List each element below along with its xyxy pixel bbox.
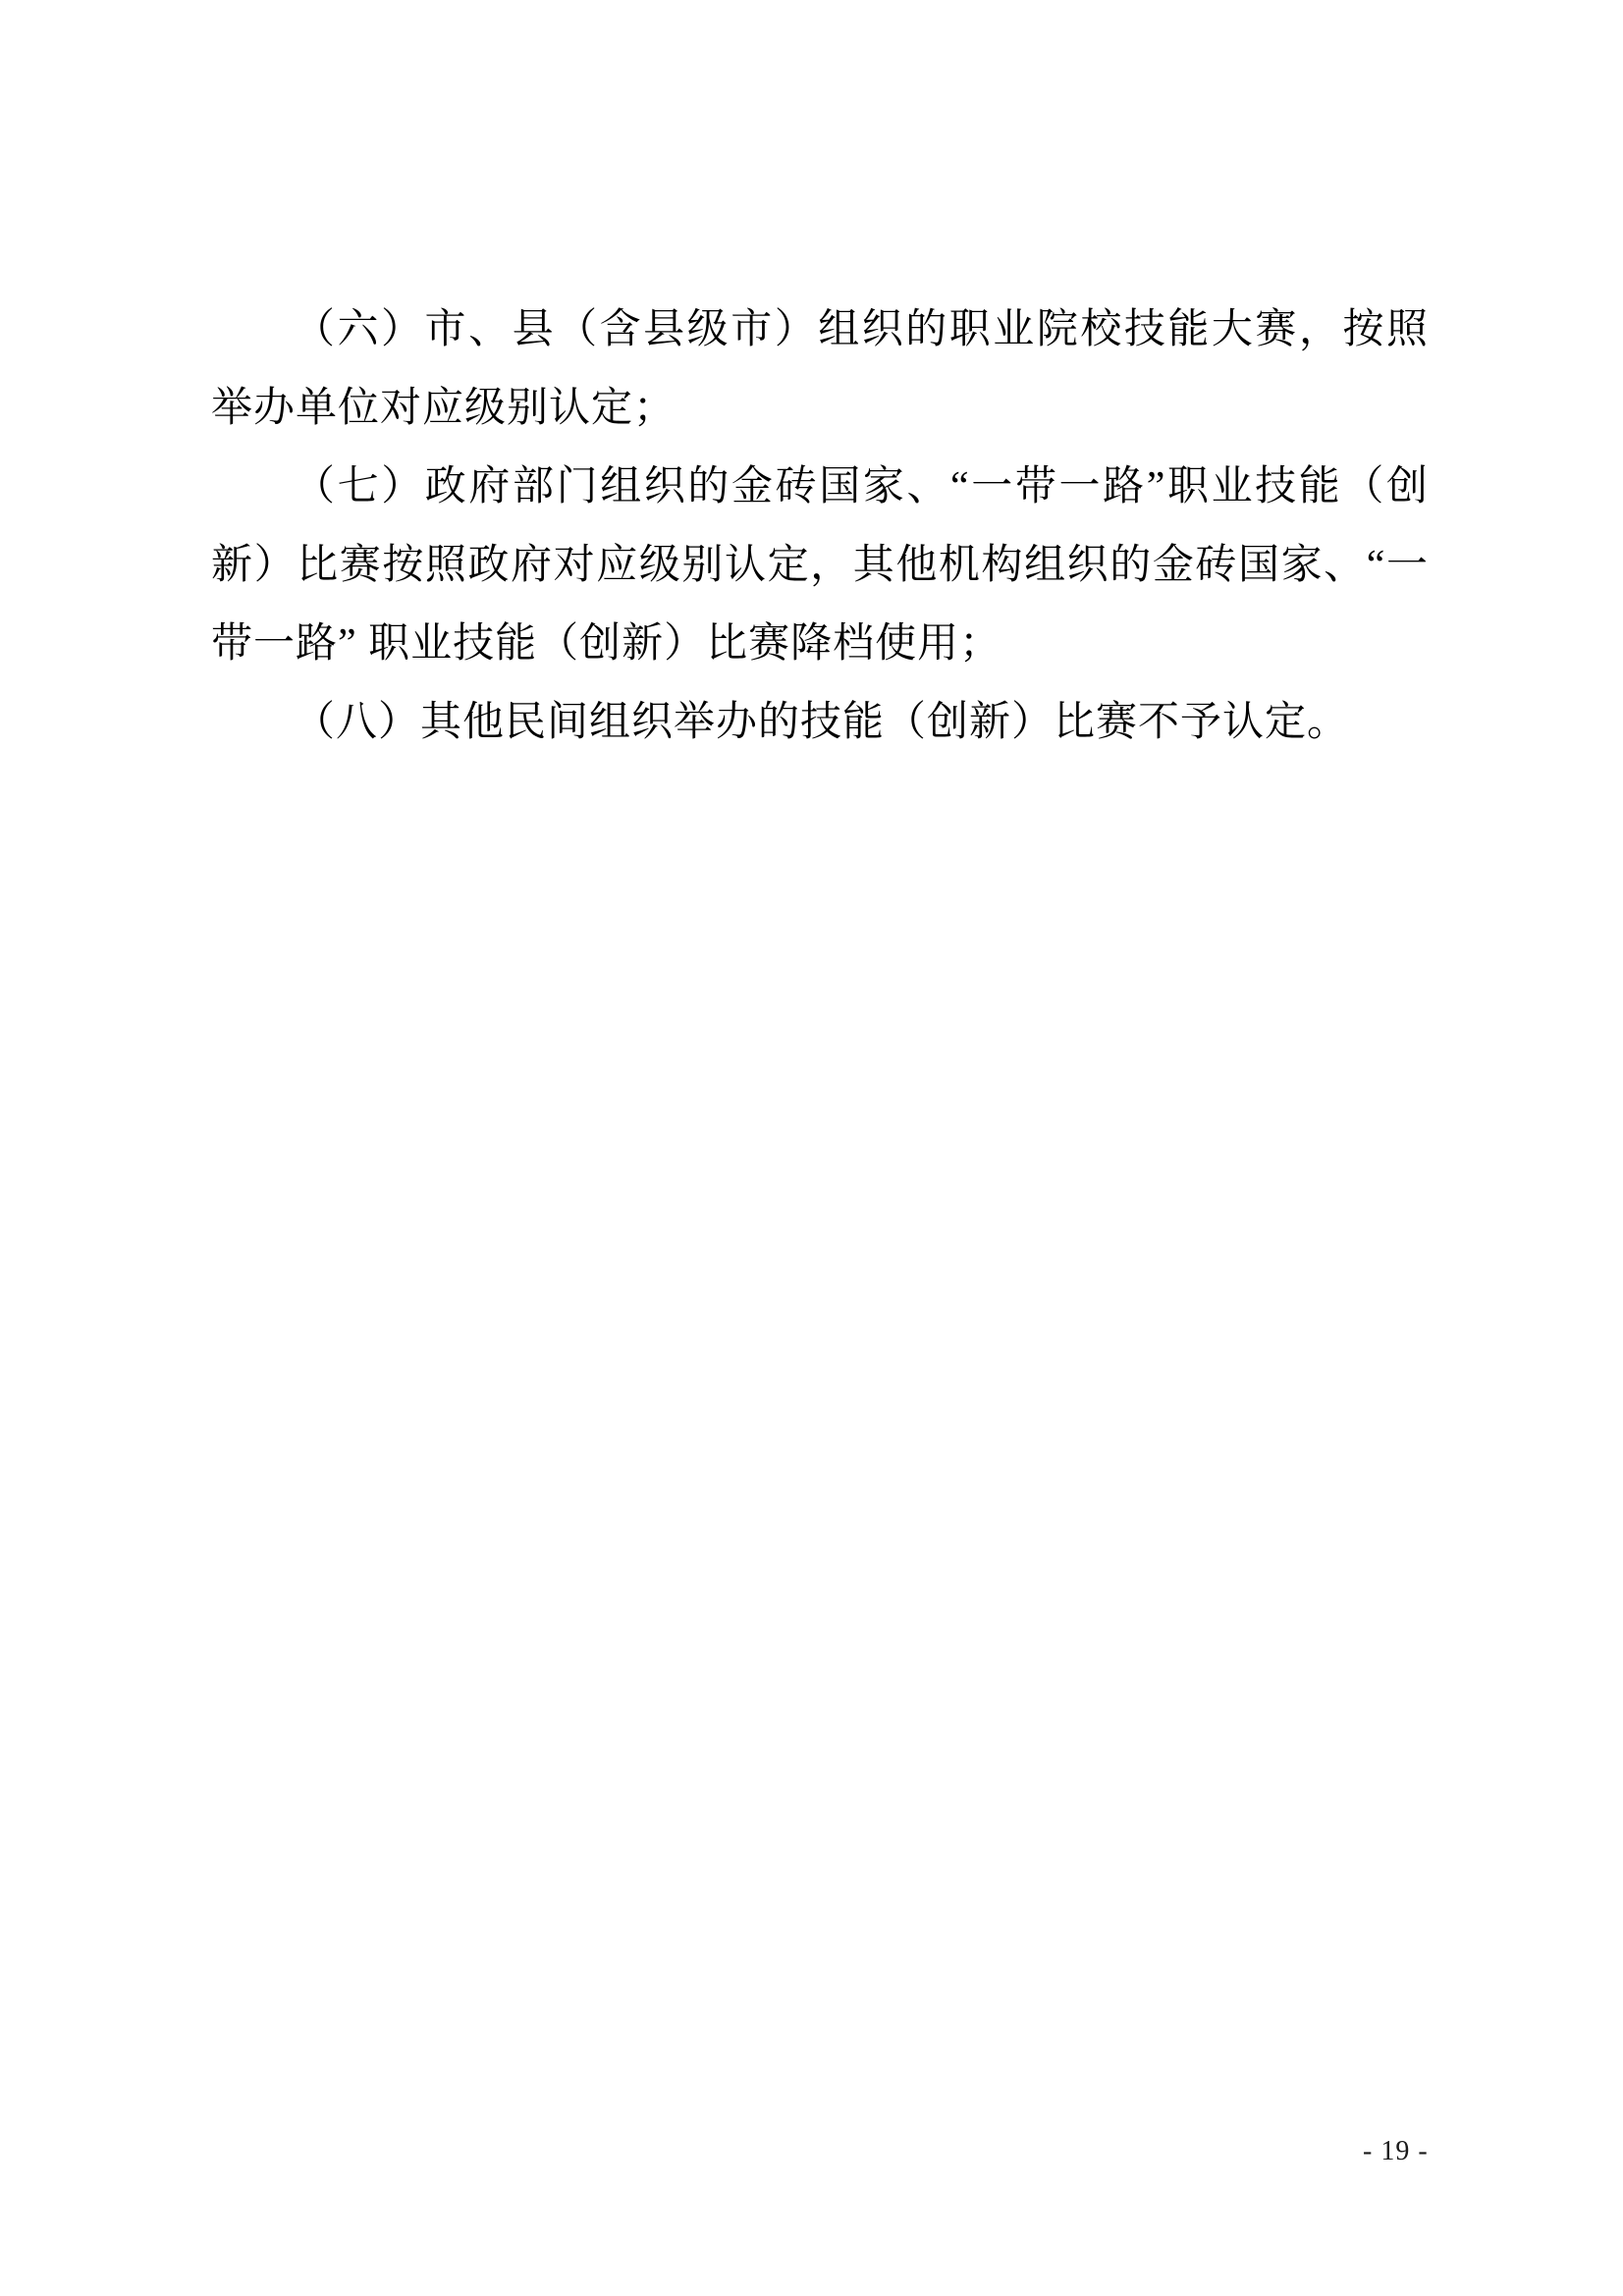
text-line: 带一路” 职业技能（创新）比赛降档使用； (211, 605, 1429, 683)
text-line: 新）比赛按照政府对应级别认定，其他机构组织的金砖国家、“一 (211, 526, 1429, 605)
text-line: （六）市、县（含县级市）组织的职业院校技能大赛，按照 (211, 291, 1429, 369)
text-line: （八）其他民间组织举办的技能（创新）比赛不予认定。 (211, 683, 1429, 762)
document-body: （六）市、县（含县级市）组织的职业院校技能大赛，按照举办单位对应级别认定；（七）… (211, 291, 1429, 762)
document-page: （六）市、县（含县级市）组织的职业院校技能大赛，按照举办单位对应级别认定；（七）… (0, 0, 1623, 2296)
text-line: 举办单位对应级别认定； (211, 369, 1429, 448)
text-line: （七）政府部门组织的金砖国家、“一带一路”职业技能（创 (211, 448, 1429, 526)
page-number: - 19 - (1363, 2135, 1429, 2168)
